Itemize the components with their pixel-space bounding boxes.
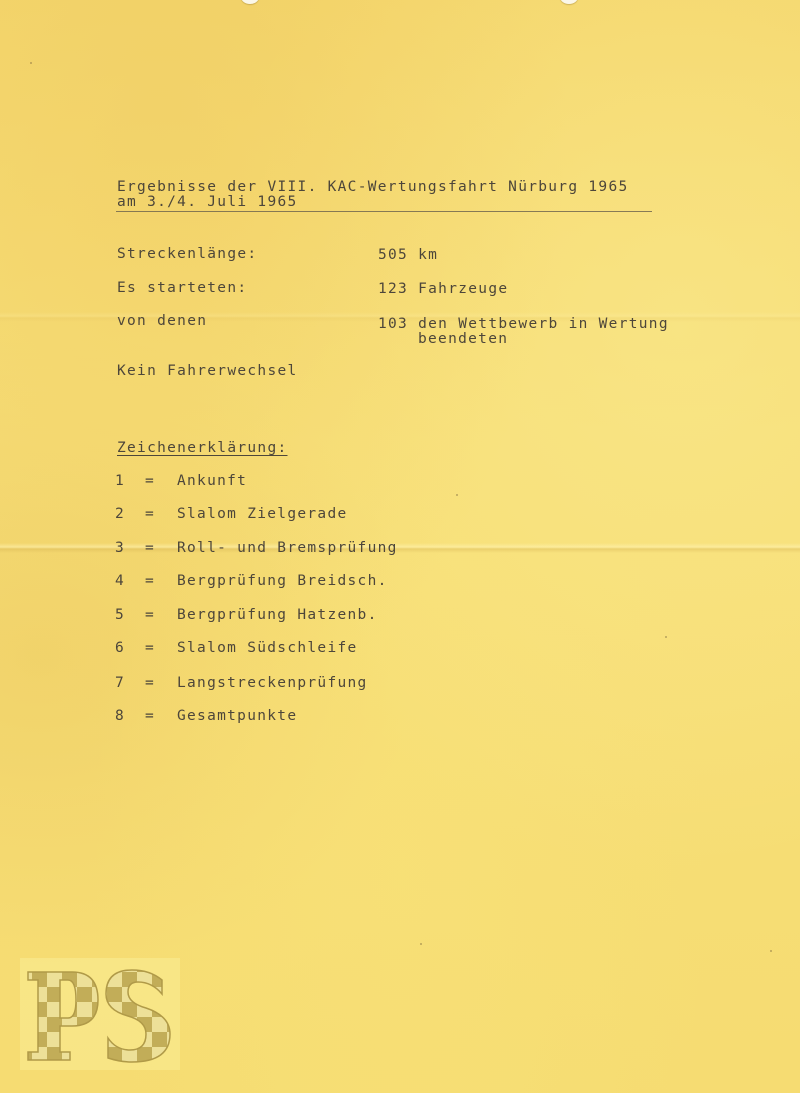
legend-number: 2 [115,506,125,522]
title-underline [116,211,652,212]
paper-speck [770,950,772,952]
legend-number: 8 [115,708,125,724]
fact-label-distance: Streckenlänge: [117,246,257,262]
paper-speck [456,494,458,496]
legend-number: 4 [115,573,125,589]
fact-value-distance: 505 km [378,247,438,263]
legend-equals: = [145,506,155,522]
fact-value-finishers: 103 den Wettbewerb in Wertung [378,316,669,332]
fact-label-finishers: von denen [117,313,207,329]
legend-number: 6 [115,640,125,656]
paper-speck [665,636,667,638]
legend-equals: = [145,675,155,691]
legend-label: Bergprüfung Breidsch. [177,573,388,589]
legend-equals: = [145,708,155,724]
watermark-logo [20,958,180,1070]
legend-label: Langstreckenprüfung [177,675,368,691]
legend-label: Ankunft [177,473,247,489]
legend-equals: = [145,473,155,489]
document-title: Ergebnisse der VIII. KAC-Wertungsfahrt N… [117,179,629,195]
legend-label: Bergprüfung Hatzenb. [177,607,378,623]
legend-number: 5 [115,607,125,623]
fact-value-starters: 123 Fahrzeuge [378,281,508,297]
legend-equals: = [145,540,155,556]
legend-equals: = [145,640,155,656]
legend-number: 3 [115,540,125,556]
legend-equals: = [145,607,155,623]
legend-equals: = [145,573,155,589]
legend-label: Slalom Zielgerade [177,506,348,522]
note-no-driver-change: Kein Fahrerwechsel [117,363,298,379]
fact-label-starters: Es starteten: [117,280,247,296]
legend-number: 1 [115,473,125,489]
document-date: am 3./4. Juli 1965 [117,194,298,210]
paper-speck [420,943,422,945]
legend-number: 7 [115,675,125,691]
fact-value-finishers-cont: beendeten [418,331,508,347]
paper-speck [30,62,32,64]
ps-checkered-logo-icon [20,958,180,1070]
legend-label: Gesamtpunkte [177,708,297,724]
legend-label: Slalom Südschleife [177,640,358,656]
legend-heading: Zeichenerklärung: [117,440,288,456]
legend-label: Roll- und Bremsprüfung [177,540,398,556]
